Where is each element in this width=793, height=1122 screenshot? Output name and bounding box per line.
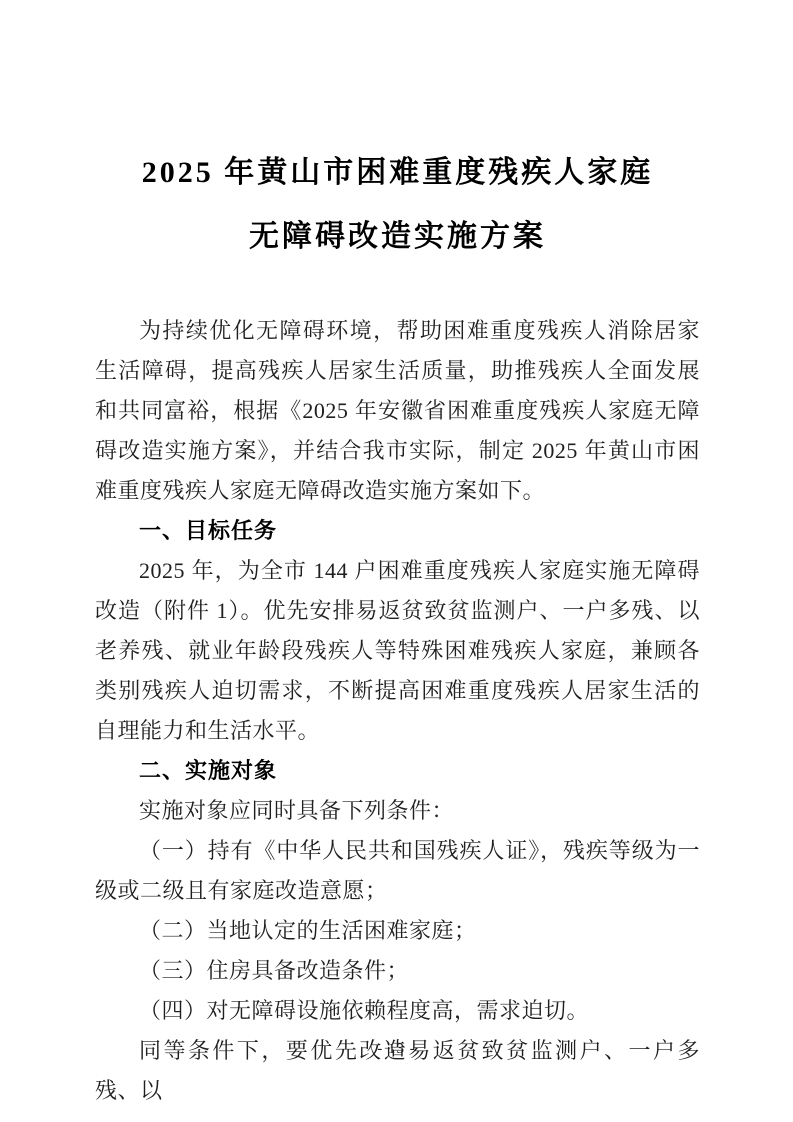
paragraph-goals: 2025 年，为全市 144 户困难重度残疾人家庭实施无障碍改造（附件 1）。优…: [95, 551, 700, 751]
paragraph-condition-2: （二）当地认定的生活困难家庭；: [95, 911, 700, 951]
document-page: 2025 年黄山市困难重度残疾人家庭 无障碍改造实施方案 为持续优化无障碍环境，…: [0, 0, 793, 1122]
document-title: 2025 年黄山市困难重度残疾人家庭 无障碍改造实施方案: [95, 141, 700, 269]
document-title-line-1: 2025 年黄山市困难重度残疾人家庭: [95, 141, 700, 205]
paragraph-condition-4: （四）对无障碍设施依赖程度高，需求迫切。: [95, 991, 700, 1031]
paragraph-conditions-intro: 实施对象应同时具备下列条件：: [95, 791, 700, 831]
paragraph-condition-1: （一）持有《中华人民共和国残疾人证》，残疾等级为一级或二级且有家庭改造意愿；: [95, 831, 700, 911]
document-content: 2025 年黄山市困难重度残疾人家庭 无障碍改造实施方案 为持续优化无障碍环境，…: [95, 0, 700, 1111]
page-number: - 13 -: [0, 1041, 793, 1058]
paragraph-condition-3: （三）住房具备改造条件；: [95, 951, 700, 991]
document-title-line-2: 无障碍改造实施方案: [95, 205, 700, 269]
section-heading-targets: 二、实施对象: [95, 751, 700, 791]
paragraph-intro: 为持续优化无障碍环境，帮助困难重度残疾人消除居家生活障碍，提高残疾人居家生活质量…: [95, 311, 700, 511]
document-body: 为持续优化无障碍环境，帮助困难重度残疾人消除居家生活障碍，提高残疾人居家生活质量…: [95, 311, 700, 1111]
section-heading-goals: 一、目标任务: [95, 511, 700, 551]
